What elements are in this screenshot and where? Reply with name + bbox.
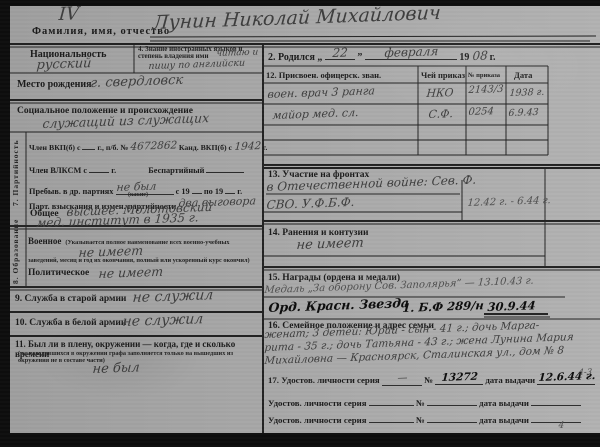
rank-table-header-order-no: № приказа: [468, 72, 500, 79]
born-row: 2. Родился „ 22 ” февраля 19 08 г.: [268, 49, 496, 63]
nationality-value: русский: [36, 56, 92, 73]
id-row-3-no-label: №: [416, 415, 425, 425]
id-row-3-date-label: дата выдачи: [479, 415, 529, 425]
rank-row-2-order-no: 0254: [468, 106, 494, 118]
scan-edge-top: [0, 0, 600, 6]
id-row-3-series-blank: [369, 412, 414, 423]
id-row-2-no-blank: [427, 395, 477, 406]
awards-value-2c: 30.9.44: [487, 298, 536, 314]
other-parties-blank-2: [225, 183, 235, 194]
born-day-value: 22: [332, 45, 348, 60]
party-section-vertical-label: 7. Партийность: [11, 138, 20, 206]
bespartiyny-blank: [206, 162, 244, 173]
id-row-2-label: Удостов. личности серия: [268, 398, 366, 408]
vlksm-blank-year: [89, 162, 109, 173]
old-army-label: 9. Служба в старой армии: [15, 294, 126, 304]
scan-edge-bottom: [0, 433, 600, 447]
other-parties-label: Пребыв. в др. партиях: [29, 187, 113, 196]
id-row-3-label: Удостов. личности серия: [268, 415, 366, 425]
id-row-1-label: 17. Удостов. личности серия: [268, 375, 380, 385]
page-corner-mark: IV: [58, 3, 80, 25]
rank-table-header-rank: 12. Присвоен. офицерск. зван.: [266, 70, 381, 80]
vkpb-label-3: Канд. ВКП(б) с: [179, 143, 232, 152]
birthplace-label: Место рождения: [17, 79, 92, 90]
vkpb-cand-year-value: 1942: [234, 140, 262, 153]
scan-edge-left: [0, 0, 10, 447]
vkpb-blank-year: [82, 139, 95, 150]
other-parties-sub-label: (какие): [128, 192, 148, 199]
bottom-pencil-mark: 4: [558, 421, 564, 431]
edu-political-value: не имеет: [98, 264, 164, 281]
education-section-vertical-label: 8. Образование: [11, 208, 20, 284]
id-row-2-date-blank: [531, 395, 581, 406]
wounds-value: не имеет: [296, 236, 364, 253]
vkpb-row: Член ВКП(б) с г., п/б. № 4672862 Канд. В…: [29, 139, 263, 153]
id-row-1-series-value: —: [397, 373, 408, 384]
born-label: 2. Родился: [268, 52, 315, 63]
vkpb-label-2: г., п/б. №: [97, 143, 128, 152]
rank-row-2-date: 6.9.43: [508, 107, 539, 119]
edu-political-label: Политическое: [28, 268, 89, 278]
id-row-1-no-label: №: [424, 375, 433, 385]
id-row-3-no-blank: [427, 412, 477, 423]
rank-table-header-order-by: Чей приказ: [421, 70, 465, 80]
rank-row-2-order-by: С.Ф.: [428, 107, 453, 121]
old-army-value: не служил: [132, 287, 214, 306]
white-army-value: не служил: [122, 311, 204, 330]
born-quote-close: ”: [357, 52, 362, 63]
born-year-prefix: 19: [459, 52, 469, 63]
captivity-value: не был: [92, 360, 140, 377]
vlksm-label-1: Член ВЛКСМ с: [29, 166, 87, 175]
vlksm-row: Член ВЛКСМ с г. Беспартийный: [29, 162, 263, 175]
white-army-label: 10. Служба в белой армии: [15, 318, 126, 328]
edu-military-label: Военное: [28, 236, 61, 246]
id-row-3-date-blank: [531, 412, 581, 423]
id-row-3: Удостов. личности серия № дата выдачи: [268, 412, 581, 425]
id-row-1-no-value: 13272: [441, 371, 478, 384]
vlksm-label-2: г.: [111, 166, 116, 175]
edu-military-value: не имеет: [78, 243, 144, 260]
id-row-2-date-label: дата выдачи: [479, 398, 529, 408]
other-parties-blank-1: [192, 183, 202, 194]
born-quote-open: „: [317, 52, 322, 63]
born-month-value: февраля: [384, 44, 439, 60]
id-row-2-series-blank: [369, 395, 414, 406]
scanned-record-card: IV Фамилия, имя, отчество Лунин Николай …: [0, 0, 600, 447]
other-parties-from: с 19: [176, 187, 190, 196]
id-row-1-date-label: дата выдачи: [485, 375, 535, 385]
awards-value-2b: 1. Б.Ф 289/н: [402, 298, 484, 315]
born-year-hw: 08: [472, 48, 488, 63]
id-corner-note: 4-3: [578, 367, 592, 378]
rank-table-header-date: Дата: [514, 70, 532, 80]
id-row-2-no-label: №: [416, 398, 425, 408]
rank-row-1-order-no: 2143/3: [468, 84, 504, 96]
bespartiyny-label: Беспартийный: [148, 166, 204, 175]
id-row-1: 17. Удостов. личности серия — № 13272 да…: [268, 374, 595, 386]
name-label: Фамилия, имя, отчество: [32, 26, 170, 37]
vkpb-label-1: Член ВКП(б) с: [29, 143, 80, 152]
vkpb-number-value: 4672862: [130, 139, 178, 153]
rank-row-1-order-by: НКО: [426, 86, 454, 100]
born-year-suffix: г.: [490, 52, 496, 63]
vkpb-label-4: г.: [263, 143, 268, 152]
rank-row-1-date: 1938 г.: [509, 87, 545, 99]
id-row-2: Удостов. личности серия № дата выдачи: [268, 395, 581, 408]
